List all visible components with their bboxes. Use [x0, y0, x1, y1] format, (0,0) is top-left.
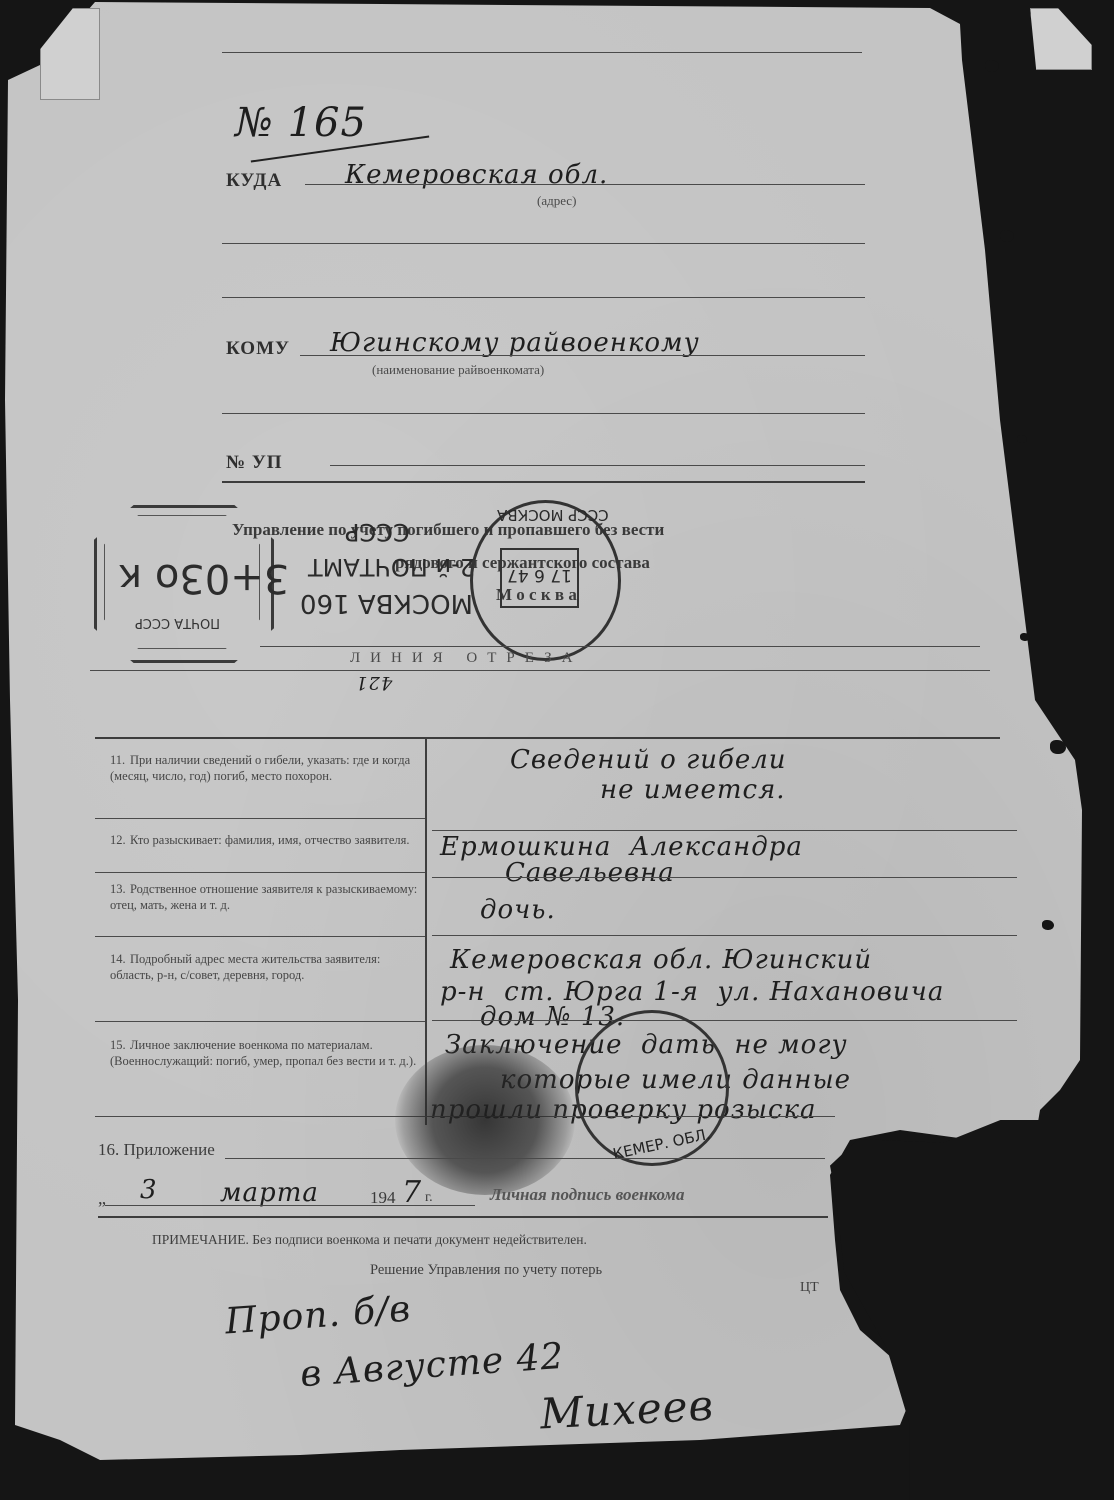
paper-hole: [1020, 633, 1030, 641]
document-number: № 165: [235, 100, 367, 146]
field-12-value-line2: Савельевна: [505, 858, 675, 888]
folded-corner-top-left: [40, 8, 100, 100]
field-14-value-line1: Кемеровская обл. Югинский: [450, 945, 872, 975]
field-11-value-line1: Сведений о гибели: [510, 745, 787, 775]
kuda-line: [305, 184, 865, 185]
postage-label: ПОЧТА СССР: [135, 615, 220, 630]
round-postmark-date: 17 6 47: [507, 565, 572, 585]
table-top-rule: [95, 737, 1000, 739]
round-postmark-ring: СССР МОСКВА: [497, 506, 609, 524]
up-line-bottom: [222, 481, 865, 483]
attachment-label: 16. Приложение: [98, 1140, 215, 1160]
address-line-2: [222, 243, 865, 244]
field-13-number: 13.: [110, 881, 130, 897]
field-13-label: 13.Родственное отношение заявителя к раз…: [110, 881, 422, 913]
field-12-value-rule: [432, 830, 1017, 831]
attachment-line: [225, 1158, 825, 1159]
validity-note: ПРИМЕЧАНИЕ. Без подписи военкома и печат…: [152, 1232, 587, 1248]
date-year-unit: г.: [425, 1190, 433, 1206]
field-12-number: 12.: [110, 832, 130, 848]
kuda-caption: (адрес): [537, 193, 576, 209]
komu-line-2: [222, 413, 865, 414]
date-day: 3: [140, 1175, 158, 1205]
field-14-text: Подробный адрес места жительства заявите…: [110, 952, 380, 982]
postmark-line-3: СССР: [345, 518, 410, 546]
cut-line-label: ЛИНИЯ ОТРЕЗА: [350, 650, 582, 667]
komu-caption: (наименование райвоенкомата): [372, 362, 544, 378]
field-11-rule: [95, 818, 425, 819]
field-15-label: 15.Личное заключение военкома по материа…: [110, 1037, 422, 1069]
field-13-text: Родственное отношение заявителя к разыск…: [110, 882, 417, 912]
field-13-value: дочь.: [480, 895, 556, 925]
address-line-3: [222, 297, 865, 298]
decision-signature: Михеев: [539, 1380, 715, 1438]
paper-hole: [1017, 435, 1027, 443]
decision-code: ЦТ: [800, 1280, 819, 1296]
paper-hole: [1000, 230, 1014, 242]
up-line: [330, 465, 865, 466]
field-12-label: 12.Кто разыскивает: фамилия, имя, отчест…: [110, 832, 422, 848]
postmark-line-1: МОСКВА 160: [300, 588, 473, 618]
kuda-label: КУДА: [226, 170, 282, 192]
field-11-text: При наличии сведений о гибели, указать: …: [110, 753, 410, 783]
komu-value: Югинскому райвоенкому: [330, 328, 700, 358]
field-11-label: 11.При наличии сведений о гибели, указат…: [110, 752, 422, 784]
folded-corner-top-right: [1030, 8, 1092, 70]
komu-line: [300, 355, 865, 356]
up-label: № УП: [226, 452, 283, 474]
postmark-line-2: 2-й ПОЧТАМТ: [308, 553, 475, 581]
postage-value: 3+03о к: [118, 555, 289, 601]
paper-hole: [1050, 740, 1066, 754]
field-11-value-line2: не имеется.: [600, 775, 786, 805]
field-14-label: 14.Подробный адрес места жительства заяв…: [110, 951, 422, 983]
field-14-rule: [95, 1021, 425, 1022]
field-15-text: Личное заключение военкома по материалам…: [110, 1038, 416, 1068]
cut-line-mark: 421: [355, 672, 392, 693]
komu-label: КОМУ: [226, 338, 290, 360]
ink-seal-smudge: [395, 1045, 575, 1195]
field-13-rule: [95, 936, 425, 937]
cut-line-lower: [90, 670, 990, 671]
field-13-value-rule: [432, 935, 1017, 936]
cut-line-upper: [260, 646, 980, 647]
field-12-value-rule-2: [432, 877, 1017, 878]
burnt-damage: [830, 1120, 1114, 1500]
date-month: марта: [220, 1178, 319, 1208]
field-14-number: 14.: [110, 951, 130, 967]
signature-line: [98, 1216, 828, 1218]
paper-hole: [985, 60, 999, 72]
field-14-value-rule: [432, 1020, 1017, 1021]
paper-hole: [1042, 920, 1054, 930]
date-line: [105, 1205, 475, 1206]
field-15-number: 15.: [110, 1037, 130, 1053]
decision-header: Решение Управления по учету потерь: [370, 1262, 602, 1279]
kuda-value: Кемеровская обл.: [345, 160, 608, 190]
field-11-number: 11.: [110, 752, 130, 768]
top-rule: [222, 52, 862, 53]
field-12-rule: [95, 872, 425, 873]
signature-label: Личная подпись военкома: [490, 1185, 684, 1205]
field-12-text: Кто разыскивает: фамилия, имя, отчество …: [130, 833, 410, 847]
